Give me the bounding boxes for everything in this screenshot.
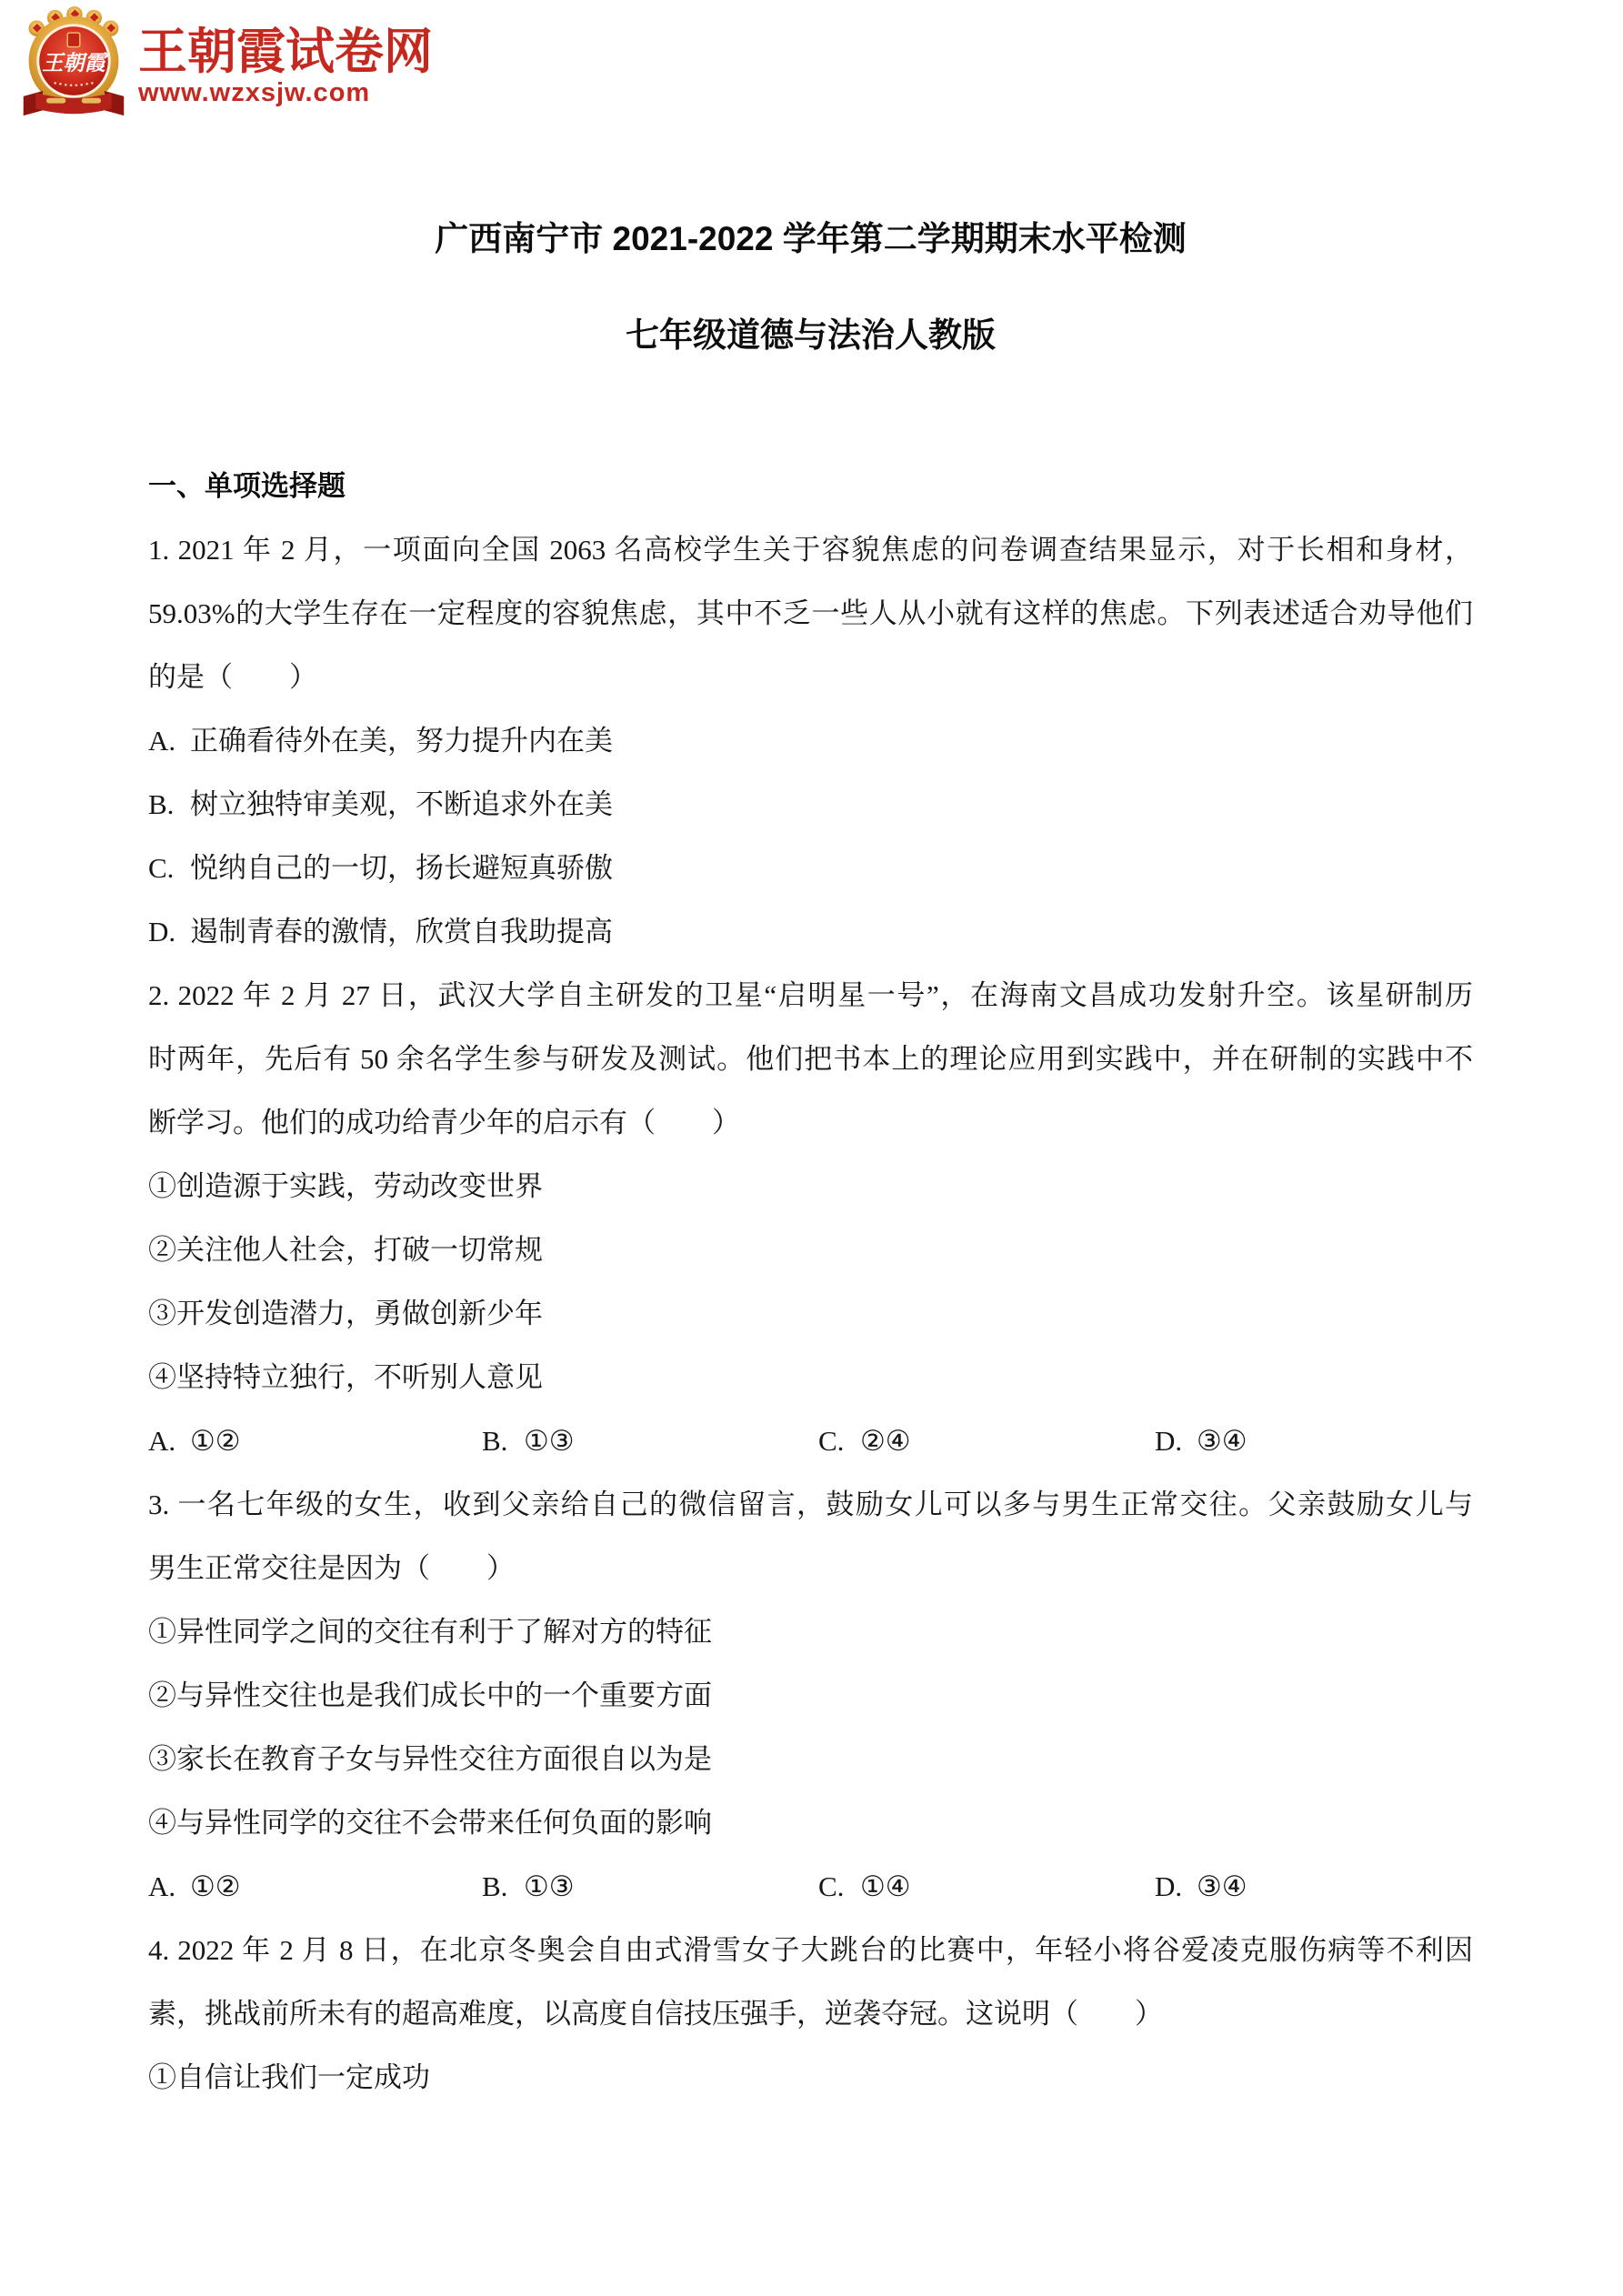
option-text: ①②: [190, 1870, 241, 1902]
q2-choice-d: D.③④: [1155, 1409, 1473, 1473]
option-label: D.: [148, 900, 190, 964]
q2-item-3: ③开发创造潜力，勇做创新少年: [148, 1282, 1473, 1346]
q1-option-d: D.遏制青春的激情，欣赏自我助提高: [148, 900, 1473, 964]
option-label: B.: [482, 1855, 524, 1919]
q1-option-c: C.悦纳自己的一切，扬长避短真骄傲: [148, 837, 1473, 900]
option-text: 正确看待外在美，努力提升内在美: [190, 725, 613, 757]
q2-item-2: ②关注他人社会，打破一切常规: [148, 1218, 1473, 1282]
q1-option-a: A.正确看待外在美，努力提升内在美: [148, 709, 1473, 773]
q3-choice-d: D.③④: [1155, 1855, 1473, 1919]
q3-stem-line-1: 3. 一名七年级的女生，收到父亲给自己的微信留言，鼓励女儿可以多与男生正常交往。…: [148, 1473, 1473, 1537]
q1-stem-line-3: 的是（ ）: [148, 646, 1473, 709]
logo-text-block: 王朝霞试卷网 www.wzxsjw.com: [138, 26, 433, 106]
q4-stem-line-1: 4. 2022 年 2 月 8 日，在北京冬奥会自由式滑雪女子大跳台的比赛中，年…: [148, 1919, 1473, 1982]
brand-badge-icon: 王朝霞: [16, 5, 131, 123]
q2-choice-b: B.①③: [482, 1409, 818, 1473]
option-label: A.: [148, 1409, 190, 1473]
q2-stem-line-2: 时两年，先后有 50 余名学生参与研发及测试。他们把书本上的理论应用到实践中，并…: [148, 1028, 1473, 1091]
badge-brand-text: 王朝霞: [42, 52, 109, 75]
section-heading: 一、单项选择题: [148, 455, 1473, 518]
q2-choice-c: C.②④: [818, 1409, 1155, 1473]
q2-item-1: ①创造源于实践，劳动改变世界: [148, 1155, 1473, 1218]
option-label: B.: [482, 1409, 524, 1473]
option-text: ③④: [1197, 1425, 1247, 1457]
q3-item-2: ②与异性交往也是我们成长中的一个重要方面: [148, 1664, 1473, 1728]
q3-item-1: ①异性同学之间的交往有利于了解对方的特征: [148, 1600, 1473, 1664]
q3-choices-row: A.①② B.①③ C.①④ D.③④: [148, 1855, 1473, 1919]
option-text: ③④: [1197, 1870, 1247, 1902]
option-label: A.: [148, 709, 190, 773]
q3-item-4: ④与异性同学的交往不会带来任何负面的影响: [148, 1791, 1473, 1855]
option-label: C.: [818, 1409, 860, 1473]
q2-stem-line-3: 断学习。他们的成功给青少年的启示有（ ）: [148, 1091, 1473, 1155]
q3-item-3: ③家长在教育子女与异性交往方面很自以为是: [148, 1728, 1473, 1791]
option-label: B.: [148, 773, 190, 837]
option-label: C.: [818, 1855, 860, 1919]
q1-stem-line-1: 1. 2021 年 2 月，一项面向全国 2063 名高校学生关于容貌焦虑的问卷…: [148, 518, 1473, 582]
option-text: 树立独特审美观，不断追求外在美: [190, 788, 613, 820]
q3-choice-c: C.①④: [818, 1855, 1155, 1919]
q2-stem-line-1: 2. 2022 年 2 月 27 日，武汉大学自主研发的卫星“启明星一号”，在海…: [148, 964, 1473, 1028]
brand-url: www.wzxsjw.com: [138, 80, 433, 106]
q2-choice-a: A.①②: [148, 1409, 482, 1473]
option-text: ①②: [190, 1425, 241, 1457]
q2-item-4: ④坚持特立独行，不听别人意见: [148, 1346, 1473, 1409]
q2-choices-row: A.①② B.①③ C.②④ D.③④: [148, 1409, 1473, 1473]
question-area: 一、单项选择题 1. 2021 年 2 月，一项面向全国 2063 名高校学生关…: [148, 455, 1473, 2110]
option-text: 遏制青春的激情，欣赏自我助提高: [190, 916, 613, 947]
q3-choice-a: A.①②: [148, 1855, 482, 1919]
page-subtitle: 七年级道德与法治人教版: [148, 316, 1473, 356]
option-text: ①③: [524, 1870, 575, 1902]
option-text: ①④: [860, 1870, 911, 1902]
q3-choice-b: B.①③: [482, 1855, 818, 1919]
q4-stem-line-2: 素，挑战前所未有的超高难度，以高度自信技压强手，逆袭夺冠。这说明（ ）: [148, 1982, 1473, 2046]
exam-document-page: { "logo": { "badge_text": "王朝霞", "site_n…: [0, 0, 1623, 2296]
option-text: ①③: [524, 1425, 575, 1457]
option-label: D.: [1155, 1855, 1197, 1919]
brand-name: 王朝霞试卷网: [138, 26, 433, 78]
option-label: C.: [148, 837, 190, 900]
logo-seal-icon: [67, 33, 80, 47]
q1-stem-line-2: 59.03%的大学生存在一定程度的容貌焦虑，其中不乏一些人从小就有这样的焦虑。下…: [148, 582, 1473, 646]
page-title: 广西南宁市 2021-2022 学年第二学期期末水平检测: [148, 220, 1473, 259]
option-text: ②④: [860, 1425, 911, 1457]
q3-stem-line-2: 男生正常交往是因为（ ）: [148, 1537, 1473, 1600]
site-header: 王朝霞 王朝霞试卷网 www.wzxsjw.com: [16, 5, 433, 123]
q1-option-b: B.树立独特审美观，不断追求外在美: [148, 773, 1473, 837]
option-label: A.: [148, 1855, 190, 1919]
option-text: 悦纳自己的一切，扬长避短真骄傲: [190, 852, 613, 884]
q4-item-1: ①自信让我们一定成功: [148, 2046, 1473, 2110]
option-label: D.: [1155, 1409, 1197, 1473]
